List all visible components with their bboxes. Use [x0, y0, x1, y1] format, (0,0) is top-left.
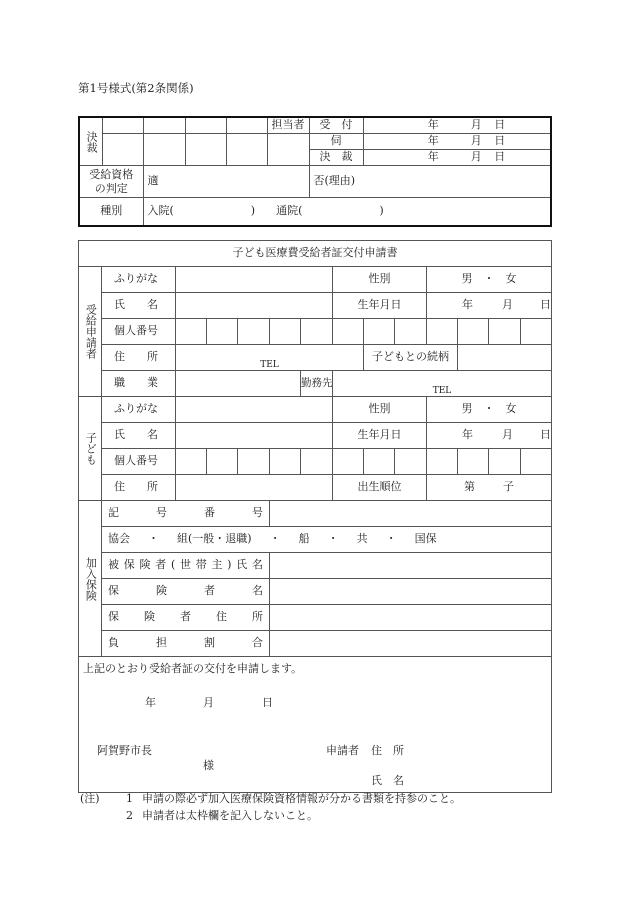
stamp-cell[interactable] [226, 117, 267, 134]
child-birthdate-label: 生年月日 [333, 423, 427, 449]
declaration-month: 月 [203, 697, 214, 710]
child-mynumber-label: 個人番号 [102, 449, 176, 475]
applicant-gender-options[interactable]: 男 ・ 女 [427, 267, 552, 293]
signer-name-label: 氏 名 [371, 775, 404, 788]
mynumber-digit[interactable] [458, 449, 489, 475]
mynumber-digit[interactable] [333, 319, 364, 345]
stamp-cell[interactable] [143, 134, 185, 166]
applicant-workplace-input[interactable]: TEL [333, 371, 552, 397]
symbol-number-label: 記号番号 [102, 501, 270, 527]
mynumber-digit[interactable] [301, 319, 333, 345]
inpatient-field[interactable]: 入院( ) [148, 204, 256, 217]
applicant-relation-label: 子どもとの続柄 [364, 345, 458, 371]
stamp-cell[interactable] [226, 134, 267, 166]
symbol-number-input[interactable] [270, 501, 552, 527]
application-title: 子ども医療費受給者証交付申請書 [79, 241, 552, 267]
mynumber-digit[interactable] [521, 319, 552, 345]
kessai-date[interactable]: 年月日 [363, 150, 551, 166]
applicant-workplace-label: 勤務先 [301, 371, 333, 397]
application-table: 子ども医療費受給者証交付申請書 受給申請者 ふりがな 性別 男 ・ 女 氏 名 … [78, 240, 552, 793]
mynumber-digit[interactable] [270, 449, 301, 475]
mynumber-digit[interactable] [176, 319, 207, 345]
mynumber-digit[interactable] [427, 319, 458, 345]
child-name-input[interactable] [176, 423, 333, 449]
ukagai-label: 伺 [309, 134, 363, 150]
stamp-cell[interactable] [143, 117, 185, 134]
form-number: 第1号様式(第2条関係) [78, 80, 194, 96]
mynumber-digit[interactable] [238, 449, 270, 475]
stamp-cell[interactable] [102, 117, 143, 134]
child-birthdate-input[interactable]: 年月日 [427, 423, 552, 449]
applicant-furigana-input[interactable] [176, 267, 333, 293]
child-section-label: 子ども [79, 397, 102, 501]
applicant-birthdate-label: 生年月日 [333, 293, 427, 319]
tantousha-stamp-cell[interactable] [267, 134, 309, 166]
insurer-address-input[interactable] [270, 605, 552, 631]
mynumber-digit[interactable] [489, 449, 521, 475]
notes: (注)1申請の際必ず加入医療保険資格情報が分かる書類を持参のこと。 2申請者は太… [80, 790, 461, 824]
mynumber-digit[interactable] [301, 449, 333, 475]
child-address-input[interactable] [176, 475, 333, 501]
mynumber-digit[interactable] [207, 319, 238, 345]
burden-ratio-label: 負担割合 [102, 631, 270, 657]
note-2: 申請者は太枠欄を記入しないこと。 [142, 809, 318, 822]
applicant-address-input[interactable]: TEL [176, 345, 364, 371]
applicant-relation-input[interactable] [458, 345, 552, 371]
notes-label: (注) [80, 790, 126, 807]
note-1: 申請の際必ず加入医療保険資格情報が分かる書類を持参のこと。 [142, 792, 461, 805]
mynumber-digit[interactable] [364, 449, 395, 475]
insurer-name-input[interactable] [270, 579, 552, 605]
applicant-gender-label: 性別 [333, 267, 427, 293]
applicant-address-label: 住 所 [102, 345, 176, 371]
burden-ratio-input[interactable] [270, 631, 552, 657]
insurance-section-label: 加入保険 [79, 501, 102, 657]
stamp-cell[interactable] [102, 134, 143, 166]
applicant-mynumber-label: 個人番号 [102, 319, 176, 345]
outpatient-field[interactable]: 通院( ) [276, 204, 384, 217]
applicant-section-label: 受給申請者 [79, 267, 102, 397]
mynumber-digit[interactable] [207, 449, 238, 475]
stamp-cell[interactable] [185, 134, 226, 166]
signer-address-label: 住 所 [371, 745, 404, 758]
child-furigana-label: ふりがな [102, 397, 176, 423]
type-label: 種別 [79, 198, 143, 227]
declaration-text: 上記のとおり受給者証の交付を申請します。 [83, 663, 302, 676]
signer-applicant-label: 申請者 [326, 745, 359, 758]
declaration-block: 上記のとおり受給者証の交付を申請します。 年 月 日 阿賀野市長 様 申請者 住… [79, 657, 552, 793]
mynumber-digit[interactable] [395, 449, 427, 475]
type-options[interactable]: 入院( ) 通院( ) [143, 198, 551, 227]
child-birth-order-input[interactable]: 第子 [427, 475, 552, 501]
mynumber-digit[interactable] [238, 319, 270, 345]
mynumber-digit[interactable] [364, 319, 395, 345]
applicant-furigana-label: ふりがな [102, 267, 176, 293]
applicant-occupation-label: 職 業 [102, 371, 176, 397]
mynumber-digit[interactable] [521, 449, 552, 475]
applicant-tel-label: TEL [260, 360, 279, 370]
tantousha-label: 担当者 [267, 117, 309, 134]
declaration-day: 日 [262, 697, 273, 710]
insurer-name-label: 保険者名 [102, 579, 270, 605]
applicant-name-input[interactable] [176, 293, 333, 319]
kessai-row-label: 決 裁 [309, 150, 363, 166]
child-gender-label: 性別 [333, 397, 427, 423]
applicant-occupation-input[interactable] [176, 371, 301, 397]
mynumber-digit[interactable] [489, 319, 521, 345]
mynumber-digit[interactable] [333, 449, 364, 475]
kessai-label: 決裁 [79, 117, 102, 166]
child-furigana-input[interactable] [176, 397, 333, 423]
mynumber-digit[interactable] [395, 319, 427, 345]
child-birth-order-label: 出生順位 [333, 475, 427, 501]
mynumber-digit[interactable] [458, 319, 489, 345]
workplace-tel-label: TEL [433, 386, 452, 396]
declaration-year: 年 [145, 697, 156, 710]
mayor-label: 阿賀野市長 [97, 745, 152, 758]
applicant-birthdate-input[interactable]: 年月日 [427, 293, 552, 319]
mynumber-digit[interactable] [427, 449, 458, 475]
eligibility-label: 受給資格 の判定 [79, 166, 143, 198]
uketsuke-date[interactable]: 年月日 [363, 117, 551, 134]
uketsuke-label: 受 付 [309, 117, 363, 134]
mynumber-digit[interactable] [270, 319, 301, 345]
insurance-type-options[interactable]: 協会 ・ 組(一般・退職) ・ 船 ・ 共 ・ 国保 [102, 527, 552, 553]
sama-label: 様 [203, 760, 214, 773]
child-gender-options[interactable]: 男 ・ 女 [427, 397, 552, 423]
stamp-cell[interactable] [185, 117, 226, 134]
eligible-option[interactable]: 適 [143, 166, 309, 198]
mynumber-digit[interactable] [176, 449, 207, 475]
child-name-label: 氏 名 [102, 423, 176, 449]
ukagai-date[interactable]: 年月日 [363, 134, 551, 150]
approval-table: 決裁 担当者 受 付 年月日 伺 年月日 決 裁 年月日 受給資格 の判定 適 [78, 116, 552, 227]
insured-name-input[interactable] [270, 553, 552, 579]
insured-name-label: 被保険者(世帯主)氏名 [102, 553, 270, 579]
applicant-name-label: 氏 名 [102, 293, 176, 319]
not-eligible-option[interactable]: 否(理由) [309, 166, 551, 198]
insurer-address-label: 保険者住所 [102, 605, 270, 631]
child-address-label: 住 所 [102, 475, 176, 501]
